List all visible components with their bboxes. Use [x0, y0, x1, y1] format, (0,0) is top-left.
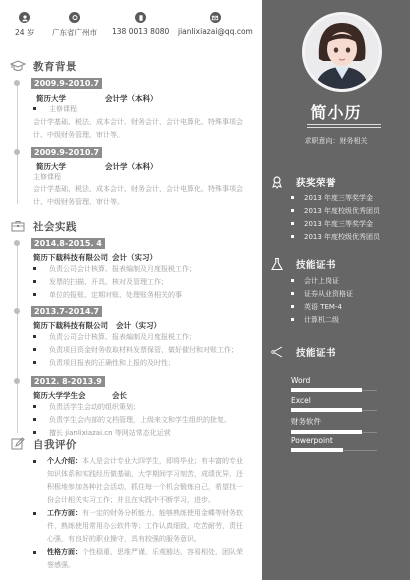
- job-role: 会长: [112, 390, 127, 401]
- mail-icon: [210, 12, 221, 23]
- skills-header: 技能证书: [270, 345, 336, 359]
- portrait-illustration: [305, 15, 379, 89]
- company-name: 简历下载科技有限公司: [33, 252, 108, 263]
- duty-item: 负责项目资金财务收取材料发票保管，做好催付和对账工作；: [33, 345, 238, 355]
- main-column: 24 岁 广东省广州市 138 0013 8080 jianlixiazai@q…: [0, 0, 262, 580]
- job-role: 会计（实习）: [116, 320, 161, 331]
- sidebar: 简小历 求职意向：财务相关 获奖荣誉 2013 年度三等奖学金 2013 年度校…: [262, 0, 410, 580]
- duty-item: 负责学生会内部的文档管理，上级来文和学生组织的批复。: [33, 415, 231, 425]
- contact-age: 24 岁: [15, 12, 34, 38]
- cert-item: 计算机二级: [291, 315, 339, 325]
- contact-email[interactable]: jianlixiazai@qq.com: [178, 12, 253, 36]
- certs-header: 技能证书: [270, 257, 336, 271]
- course-label: 主修课程: [33, 104, 77, 114]
- timeline-dot: [14, 80, 20, 86]
- contact-phone: 138 0013 8080: [112, 12, 169, 36]
- bullet-icon: [33, 551, 36, 554]
- phone-icon: [135, 12, 146, 23]
- duty-item: 单位的报账、定期对账、处理账务相关的事: [33, 290, 182, 300]
- major-name: 会计学（本科）: [105, 93, 158, 104]
- job-role: 会计（实习）: [112, 252, 157, 263]
- duty-item: 负责活学生会动的组织策划；: [33, 402, 140, 412]
- briefcase-icon: [10, 219, 26, 233]
- school-name: 简历大学: [36, 93, 66, 104]
- location-icon: [69, 12, 80, 23]
- bullet-icon: [33, 460, 36, 463]
- skill-finance-software: 财务软件: [291, 416, 381, 434]
- duty-item: 负责项目报表的正确性和上报的及时性；: [33, 358, 175, 368]
- date-tag: 2009.9-2010.7: [31, 78, 102, 89]
- flask-icon: [270, 257, 284, 271]
- eval-item-personal: 个人介绍：本人是会计专业大四学生，即将毕业；有丰富的专业知识体系和实践经历做基础…: [33, 455, 248, 507]
- job-intent: 求职意向：财务相关: [262, 136, 410, 146]
- award-item: 2013 年度三等奖学金: [291, 219, 373, 229]
- bullet-icon: [33, 107, 36, 110]
- self-eval-header: 自我评价: [10, 436, 77, 452]
- skill-excel: Excel: [291, 396, 381, 412]
- skill-bar: [291, 448, 377, 452]
- edit-icon: [10, 437, 26, 451]
- course-list: 会计学基础、税法、成本会计、财务会计、会计电算化、特殊事项会计、中级财务管理、审…: [33, 116, 245, 142]
- education-timeline: [17, 84, 18, 204]
- practice-timeline: [17, 243, 18, 433]
- timeline-dot: [14, 240, 20, 246]
- contact-bar: 24 岁 广东省广州市 138 0013 8080 jianlixiazai@q…: [0, 12, 262, 42]
- share-icon: [270, 345, 284, 359]
- skill-powerpoint: Powerpoint: [291, 436, 381, 452]
- awards-header: 获奖荣誉: [270, 175, 336, 189]
- date-tag: 2013.7-2014.7: [31, 306, 102, 317]
- company-name: 简历下载科技有限公司: [33, 320, 108, 331]
- skill-bar-fill: [291, 388, 362, 392]
- contact-location: 广东省广州市: [52, 12, 97, 38]
- graduation-cap-icon: [10, 59, 26, 73]
- divider: [307, 127, 381, 128]
- avatar: [302, 12, 382, 92]
- date-tag: 2012. 8-2013.9: [31, 376, 105, 387]
- skill-word: Word: [291, 376, 381, 392]
- organization-name: 简历大学学生会: [33, 390, 86, 401]
- cert-item: 英语 TEM-4: [291, 302, 342, 312]
- duty-item: 负责公司会计核算、报表编制及月度报税工作；: [33, 264, 196, 274]
- timeline-dot: [14, 378, 20, 384]
- duty-item: 负责公司会计核算、报表编制及月度报税工作；: [33, 332, 196, 342]
- skill-bar-fill: [291, 430, 362, 434]
- course-list: 会计学基础、税法、成本会计、财务会计、会计电算化、特殊事项会计、中级财务管理、审…: [33, 183, 245, 209]
- eval-item-work: 工作方面：有一定的财务分析能力，能够熟练使用金蝶等财务软件，熟练使用常用办公软件…: [33, 507, 248, 546]
- skill-bar-fill: [291, 408, 362, 412]
- candidate-name: 简小历: [262, 100, 410, 123]
- education-header: 教育背景: [10, 58, 77, 74]
- award-item: 2013 年度校级优秀团员: [291, 232, 380, 242]
- divider: [307, 124, 381, 125]
- bullet-icon: [33, 512, 36, 515]
- skill-bar: [291, 408, 377, 412]
- practice-header: 社会实践: [10, 218, 77, 234]
- eval-item-personality: 性格方面：个性稳重、思维严谨、乐观豁达、容易相处，团队荣誉感强。: [33, 546, 248, 572]
- cert-item: 会计上岗证: [291, 276, 339, 286]
- date-tag: 2009.9-2010.7: [31, 147, 102, 158]
- skill-bar-fill: [291, 448, 343, 452]
- timeline-dot: [14, 149, 20, 155]
- date-tag: 2014.8-2015. 4: [31, 238, 105, 249]
- cert-item: 证券从业资格证: [291, 289, 353, 299]
- duty-item: 发票的扫描、开具、核对及管理工作；: [33, 277, 168, 287]
- award-item: 2013 年度校级优秀团员: [291, 206, 380, 216]
- timeline-dot: [14, 308, 20, 314]
- award-medal-icon: [270, 175, 284, 189]
- award-item: 2013 年度三等奖学金: [291, 193, 373, 203]
- skill-bar: [291, 388, 377, 392]
- skill-bar: [291, 430, 377, 434]
- person-icon: [19, 12, 30, 23]
